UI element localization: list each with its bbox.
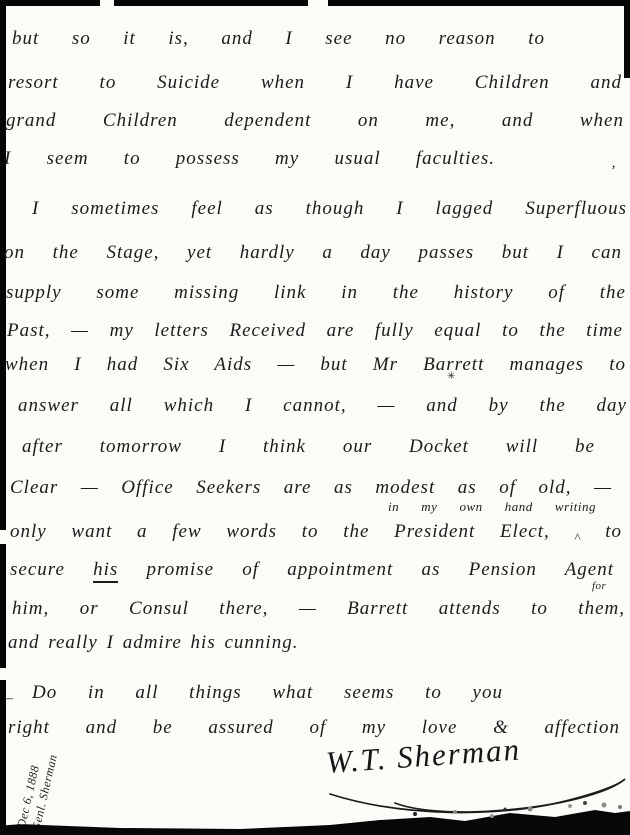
letter-line: on the Stage, yet hardly a day passes bu…: [4, 240, 622, 270]
margin-dash-mark: –: [6, 691, 14, 707]
letter-line: secure his promise of appointment as Pen…: [10, 557, 614, 587]
letter-line: supply some missing link in the history …: [6, 280, 626, 310]
letter-line: resort to Suicide when I have Children a…: [8, 70, 622, 100]
letter-line: when I had Six Aids — but Mr Barrett man…: [5, 352, 626, 382]
letter-line: answer all which I cannot, — and by the …: [18, 393, 627, 423]
ink-blot-mark: ✳: [447, 371, 456, 382]
scan-edge-bottom: [0, 800, 630, 835]
letter-line: Past, — my letters Received are fully eq…: [7, 318, 623, 348]
letter-line: but so it is, and I see no reason to: [12, 26, 545, 56]
letter-line: I seem to possess my usual faculties.: [4, 146, 495, 176]
scan-edge-gap: [0, 530, 6, 544]
scanned-letter-page: but so it is, and I see no reason to res…: [0, 0, 630, 835]
line-text: secure: [10, 559, 65, 580]
underlined-word: his: [93, 559, 118, 583]
line-text: to: [605, 521, 622, 542]
letter-line: I sometimes feel as though I lagged Supe…: [32, 196, 627, 226]
letter-line: and really I admire his cunning.: [8, 630, 298, 660]
letter-line: Do in all things what seems to you: [32, 680, 503, 710]
scan-edge-gap: [308, 0, 328, 6]
letter-line: only want a few words to the President E…: [10, 519, 622, 549]
letter-line: grand Children dependent on me, and when: [6, 108, 624, 138]
scan-edge-top-right: [624, 0, 630, 78]
superscript-insertion: for: [592, 580, 606, 592]
scan-edge-gap: [0, 668, 6, 680]
letter-line: right and be assured of my love & affect…: [8, 715, 620, 745]
line-text: only want a few words to the President E…: [10, 521, 550, 542]
stray-ink-mark: ’: [610, 163, 616, 180]
insertion-caret: ^: [574, 530, 580, 545]
letter-line: after tomorrow I think our Docket will b…: [22, 434, 595, 464]
line-text: promise of appointment as Pension Agent: [147, 559, 614, 580]
letter-line: him, or Consul there, — Barrett attends …: [12, 596, 625, 626]
interlinear-insertion: in my own hand writing: [388, 499, 596, 517]
scan-edge-gap: [100, 0, 114, 6]
